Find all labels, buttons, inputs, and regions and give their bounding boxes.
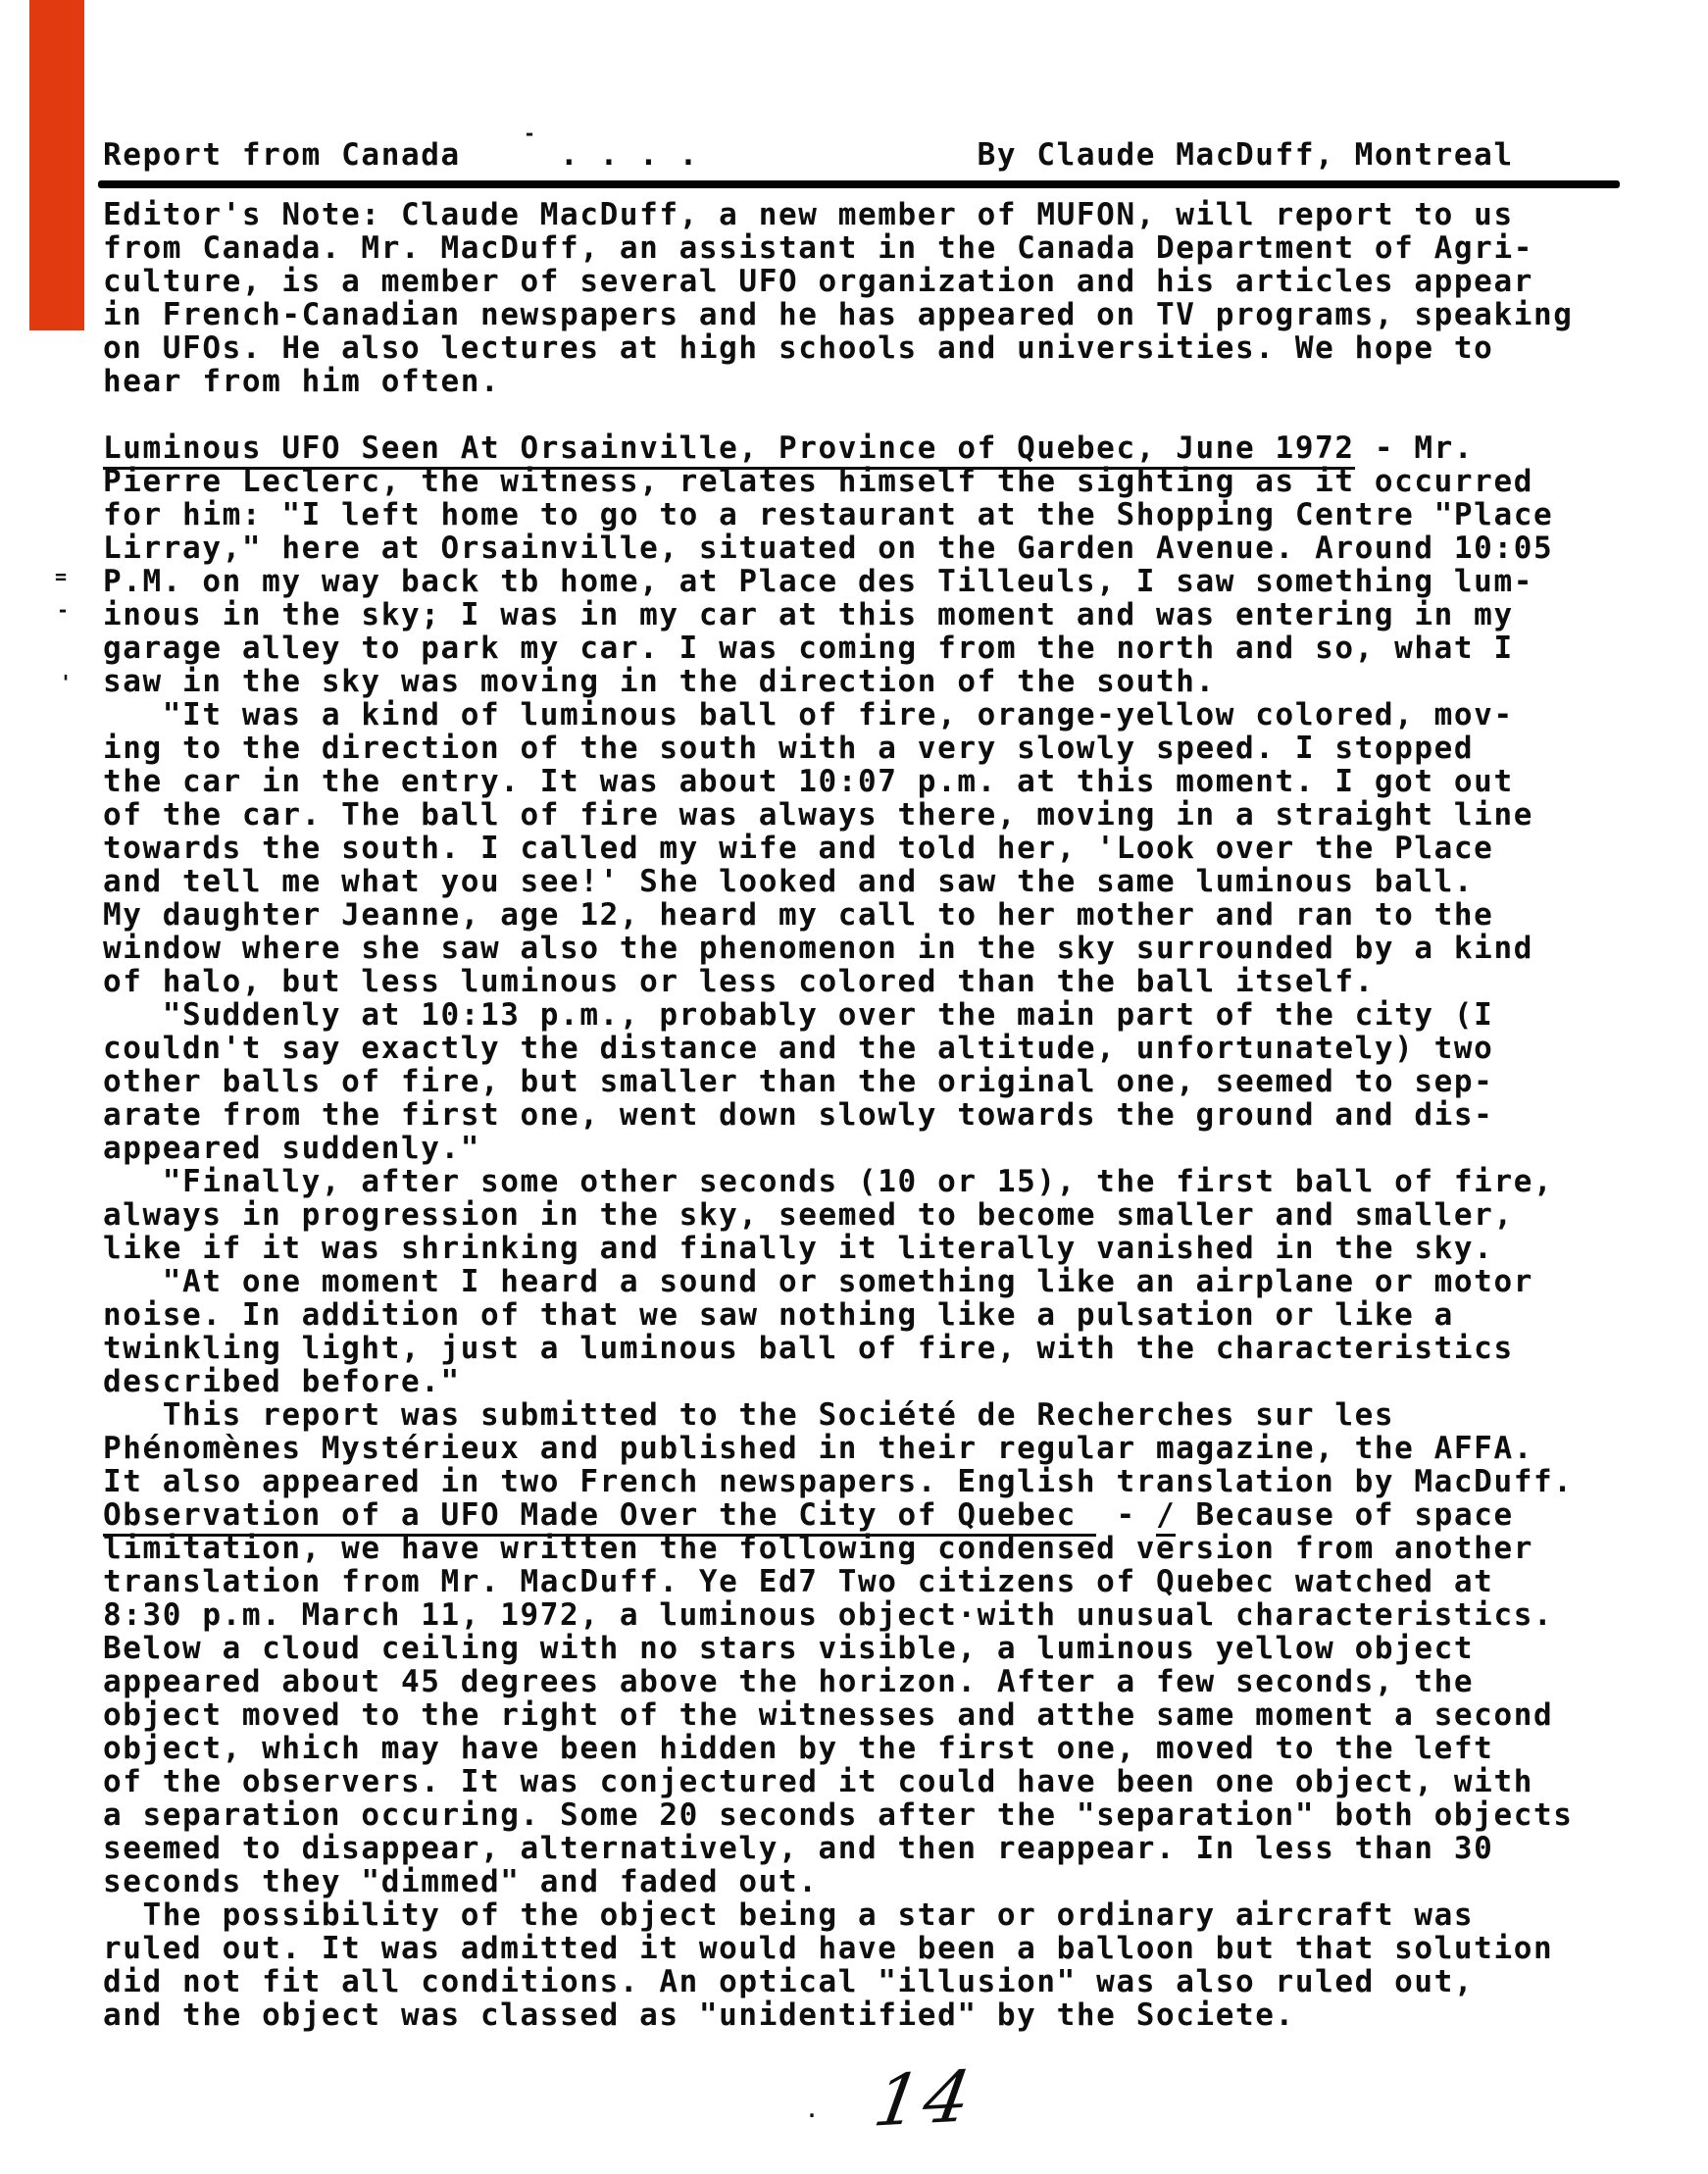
text-segment: Because of space bbox=[1176, 1497, 1513, 1533]
text-segment: ruled out. It was admitted it would have… bbox=[103, 1931, 1553, 1966]
text-segment: seconds they "dimmed" and faded out. bbox=[103, 1864, 819, 1899]
text-segment: - Mr. bbox=[1355, 430, 1475, 466]
text-line: for him: "I left home to go to a restaur… bbox=[103, 498, 1574, 531]
text-segment: couldn't say exactly the distance and th… bbox=[103, 1031, 1493, 1066]
text-segment: saw in the sky was moving in the directi… bbox=[103, 664, 1216, 699]
text-line: 8:30 p.m. March 11, 1972, a luminous obj… bbox=[103, 1598, 1574, 1632]
text-segment: of halo, but less luminous or less color… bbox=[103, 964, 1375, 999]
document-body: Editor's Note: Claude MacDuff, a new mem… bbox=[103, 198, 1574, 2032]
page-number: 14 bbox=[869, 2054, 980, 2142]
text-line: My daughter Jeanne, age 12, heard my cal… bbox=[103, 898, 1574, 932]
text-segment: appeared suddenly." bbox=[103, 1131, 480, 1166]
text-line: ruled out. It was admitted it would have… bbox=[103, 1932, 1574, 1965]
text-line: "At one moment I heard a sound or someth… bbox=[103, 1265, 1574, 1298]
text-line: of halo, but less luminous or less color… bbox=[103, 965, 1574, 998]
text-segment: and tell me what you see!' She looked an… bbox=[103, 864, 1474, 899]
text-segment: Phénomènes Mystérieux and published in t… bbox=[103, 1431, 1533, 1466]
text-segment: on UFOs. He also lectures at high school… bbox=[103, 330, 1493, 366]
text-segment: culture, is a member of several UFO orga… bbox=[103, 264, 1533, 299]
text-line: did not fit all conditions. An optical "… bbox=[103, 1965, 1574, 1998]
text-line: the car in the entry. It was about 10:07… bbox=[103, 765, 1574, 798]
text-line: noise. In addition of that we saw nothin… bbox=[103, 1298, 1574, 1332]
header-rule bbox=[98, 180, 1620, 188]
text-line: in French-Canadian newspapers and he has… bbox=[103, 298, 1574, 331]
text-line: Lirray," here at Orsainville, situated o… bbox=[103, 531, 1574, 565]
text-segment: in French-Canadian newspapers and he has… bbox=[103, 297, 1574, 332]
text-segment: the car in the entry. It was about 10:07… bbox=[103, 764, 1514, 799]
text-line: garage alley to park my car. I was comin… bbox=[103, 632, 1574, 665]
text-segment: of the car. The ball of fire was always … bbox=[103, 797, 1533, 833]
text-line: a separation occuring. Some 20 seconds a… bbox=[103, 1798, 1574, 1832]
text-segment: from Canada. Mr. MacDuff, an assistant i… bbox=[103, 230, 1533, 266]
text-segment: hear from him often. bbox=[103, 364, 500, 399]
text-line: translation from Mr. MacDuff. Ye Ed7 Two… bbox=[103, 1565, 1574, 1598]
text-line: culture, is a member of several UFO orga… bbox=[103, 265, 1574, 298]
text-line: ing to the direction of the south with a… bbox=[103, 732, 1574, 765]
text-segment: It also appeared in two French newspaper… bbox=[103, 1464, 1574, 1499]
text-line: object moved to the right of the witness… bbox=[103, 1698, 1574, 1732]
text-line: appeared suddenly." bbox=[103, 1132, 1574, 1165]
text-segment: 8:30 p.m. March 11, 1972, a luminous obj… bbox=[103, 1597, 1553, 1633]
text-segment: inous in the sky; I was in my car at thi… bbox=[103, 597, 1514, 632]
text-segment: "Suddenly at 10:13 p.m., probably over t… bbox=[103, 997, 1493, 1033]
text-line: from Canada. Mr. MacDuff, an assistant i… bbox=[103, 231, 1574, 265]
text-line: couldn't say exactly the distance and th… bbox=[103, 1032, 1574, 1065]
text-segment: and the object was classed as "unidentif… bbox=[103, 1997, 1295, 2033]
text-line: arate from the first one, went down slow… bbox=[103, 1098, 1574, 1132]
text-line: and tell me what you see!' She looked an… bbox=[103, 865, 1574, 898]
text-segment: object moved to the right of the witness… bbox=[103, 1697, 1553, 1733]
text-line: Luminous UFO Seen At Orsainville, Provin… bbox=[103, 431, 1574, 465]
text-line: limitation, we have written the followin… bbox=[103, 1532, 1574, 1565]
text-line: Pierre Leclerc, the witness, relates him… bbox=[103, 465, 1574, 498]
text-segment: noise. In addition of that we saw nothin… bbox=[103, 1297, 1454, 1333]
text-line: like if it was shrinking and finally it … bbox=[103, 1232, 1574, 1265]
text-line: always in progression in the sky, seemed… bbox=[103, 1198, 1574, 1232]
text-segment: Pierre Leclerc, the witness, relates him… bbox=[103, 464, 1533, 499]
text-segment: garage alley to park my car. I was comin… bbox=[103, 631, 1514, 666]
text-segment: object, which may have been hidden by th… bbox=[103, 1731, 1493, 1766]
text-segment: always in progression in the sky, seemed… bbox=[103, 1197, 1514, 1233]
text-line: saw in the sky was moving in the directi… bbox=[103, 665, 1574, 698]
text-segment: for him: "I left home to go to a restaur… bbox=[103, 497, 1553, 532]
text-segment: window where she saw also the phenomenon… bbox=[103, 931, 1533, 966]
text-segment: "It was a kind of luminous ball of fire,… bbox=[103, 697, 1514, 733]
text-segment: described before." bbox=[103, 1364, 461, 1399]
text-line: and the object was classed as "unidentif… bbox=[103, 1998, 1574, 2032]
text-segment: The possibility of the object being a st… bbox=[103, 1897, 1474, 1933]
text-line: of the observers. It was conjectured it … bbox=[103, 1765, 1574, 1798]
text-segment: Editor's Note: Claude MacDuff, a new mem… bbox=[103, 197, 1514, 232]
text-line: "It was a kind of luminous ball of fire,… bbox=[103, 698, 1574, 732]
text-segment: seemed to disappear, alternatively, and … bbox=[103, 1831, 1493, 1866]
text-line: of the car. The ball of fire was always … bbox=[103, 798, 1574, 832]
text-segment: Lirray," here at Orsainville, situated o… bbox=[103, 531, 1553, 566]
text-segment: a separation occuring. Some 20 seconds a… bbox=[103, 1797, 1574, 1833]
report-header: Report from Canada . . . . By Claude Mac… bbox=[103, 137, 1514, 173]
text-segment: limitation, we have written the followin… bbox=[103, 1531, 1533, 1566]
text-line: It also appeared in two French newspaper… bbox=[103, 1465, 1574, 1498]
text-segment: ing to the direction of the south with a… bbox=[103, 731, 1474, 766]
text-segment: P.M. on my way back tb home, at Place de… bbox=[103, 564, 1533, 599]
stray-mark: = bbox=[55, 565, 67, 588]
text-line bbox=[103, 398, 1574, 431]
text-segment: Below a cloud ceiling with no stars visi… bbox=[103, 1631, 1474, 1666]
text-segment: arate from the first one, went down slow… bbox=[103, 1097, 1493, 1133]
text-line: object, which may have been hidden by th… bbox=[103, 1732, 1574, 1765]
text-segment: "Finally, after some other seconds (10 o… bbox=[103, 1164, 1553, 1199]
text-segment: translation from Mr. MacDuff. Ye Ed7 Two… bbox=[103, 1564, 1493, 1599]
text-line: Phénomènes Mystérieux and published in t… bbox=[103, 1432, 1574, 1465]
text-line: This report was submitted to the Société… bbox=[103, 1398, 1574, 1432]
text-line: Editor's Note: Claude MacDuff, a new mem… bbox=[103, 198, 1574, 231]
text-line: towards the south. I called my wife and … bbox=[103, 832, 1574, 865]
text-line: other balls of fire, but smaller than th… bbox=[103, 1065, 1574, 1098]
text-segment: of the observers. It was conjectured it … bbox=[103, 1764, 1533, 1799]
text-segment: towards the south. I called my wife and … bbox=[103, 831, 1493, 866]
stray-mark: ' bbox=[60, 671, 72, 694]
text-line: window where she saw also the phenomenon… bbox=[103, 932, 1574, 965]
text-line: P.M. on my way back tb home, at Place de… bbox=[103, 565, 1574, 598]
text-line: "Suddenly at 10:13 p.m., probably over t… bbox=[103, 998, 1574, 1032]
text-segment: twinkling light, just a luminous ball of… bbox=[103, 1331, 1514, 1366]
text-segment: My daughter Jeanne, age 12, heard my cal… bbox=[103, 897, 1493, 933]
text-line: seemed to disappear, alternatively, and … bbox=[103, 1832, 1574, 1865]
text-line: seconds they "dimmed" and faded out. bbox=[103, 1865, 1574, 1898]
text-segment: did not fit all conditions. An optical "… bbox=[103, 1964, 1474, 1999]
text-line: appeared about 45 degrees above the hori… bbox=[103, 1665, 1574, 1698]
document-page: Report from Canada . . . . By Claude Mac… bbox=[0, 0, 1708, 2174]
stray-mark: . bbox=[806, 2098, 818, 2122]
stray-mark: - bbox=[57, 598, 69, 622]
text-segment: other balls of fire, but smaller than th… bbox=[103, 1064, 1493, 1099]
text-line: twinkling light, just a luminous ball of… bbox=[103, 1332, 1574, 1365]
text-line: hear from him often. bbox=[103, 365, 1574, 398]
text-line: on UFOs. He also lectures at high school… bbox=[103, 331, 1574, 365]
text-segment: like if it was shrinking and finally it … bbox=[103, 1231, 1493, 1266]
text-line: "Finally, after some other seconds (10 o… bbox=[103, 1165, 1574, 1198]
text-segment: appeared about 45 degrees above the hori… bbox=[103, 1664, 1474, 1699]
text-line: described before." bbox=[103, 1365, 1574, 1398]
text-segment: This report was submitted to the Société… bbox=[103, 1397, 1394, 1433]
text-line: Observation of a UFO Made Over the City … bbox=[103, 1498, 1574, 1532]
text-segment: - bbox=[1096, 1497, 1156, 1533]
text-line: Below a cloud ceiling with no stars visi… bbox=[103, 1632, 1574, 1665]
text-line: inous in the sky; I was in my car at thi… bbox=[103, 598, 1574, 632]
text-line: The possibility of the object being a st… bbox=[103, 1898, 1574, 1932]
red-margin-stripe bbox=[29, 0, 84, 330]
text-segment: "At one moment I heard a sound or someth… bbox=[103, 1264, 1533, 1299]
stray-mark: - bbox=[524, 122, 535, 145]
